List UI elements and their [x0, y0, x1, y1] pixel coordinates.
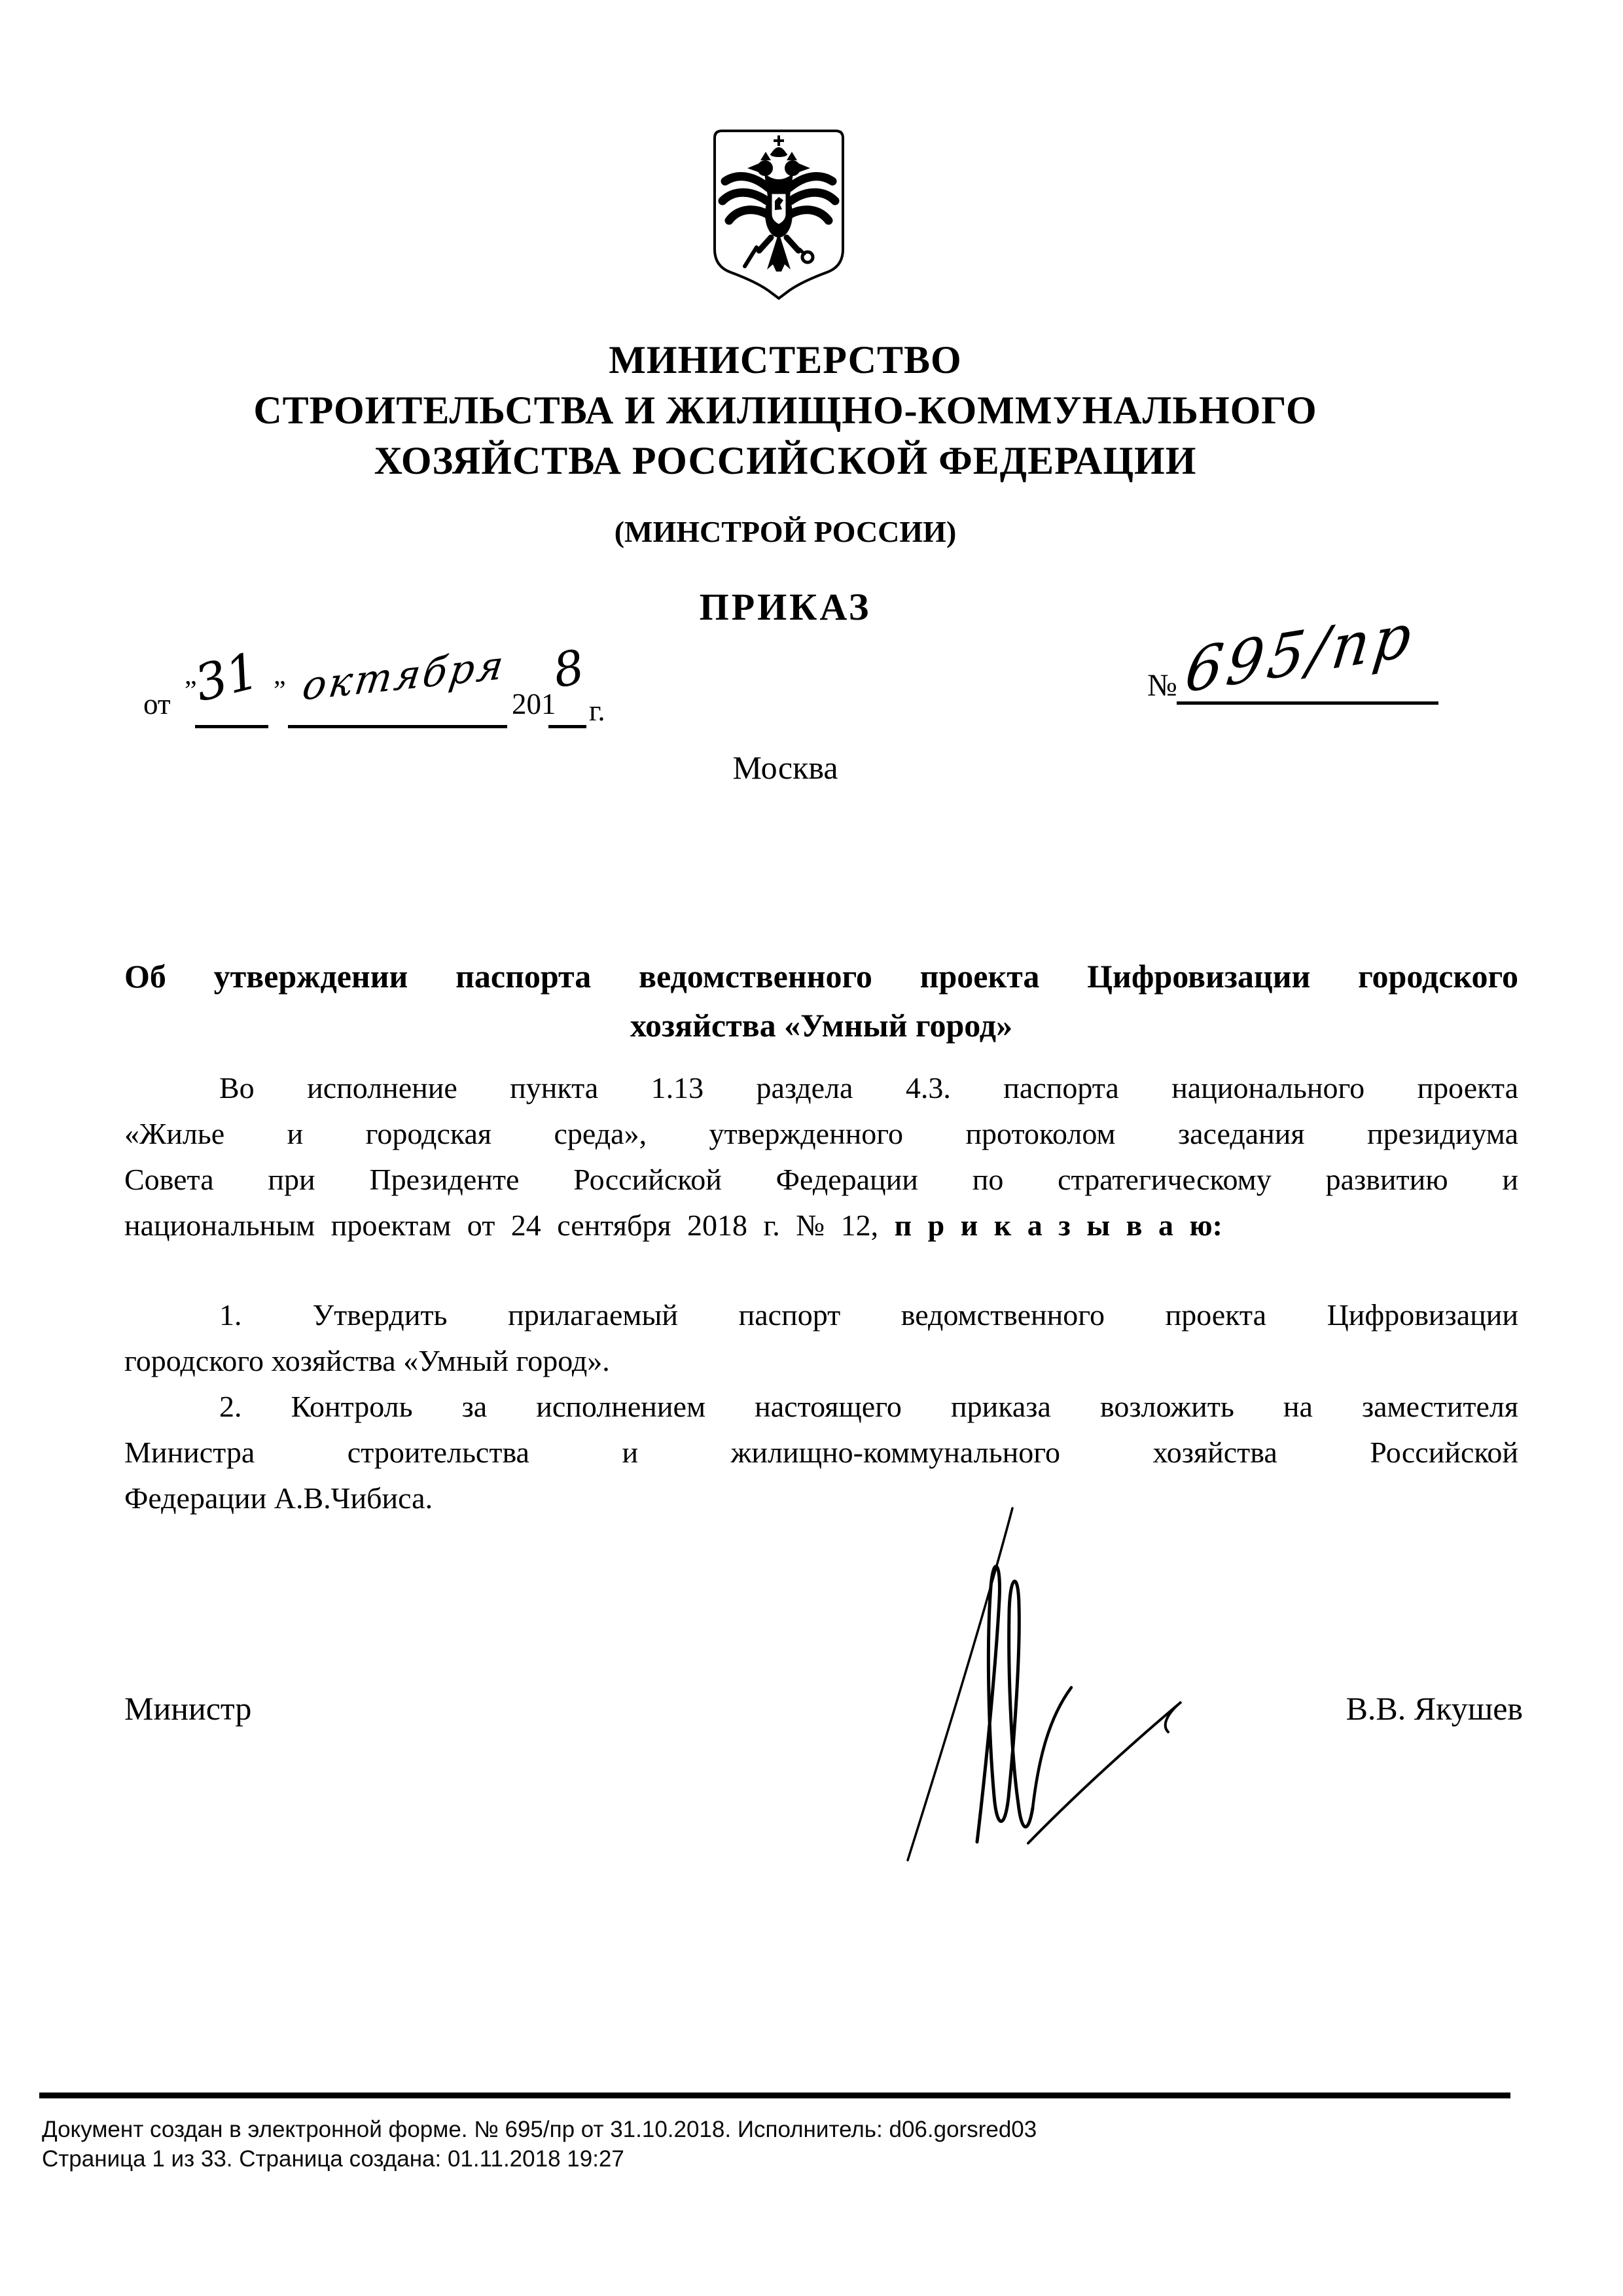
order-item-line: 2. Контроль за исполнением настоящего пр… — [124, 1384, 1518, 1430]
handwritten-month: октября — [300, 642, 509, 710]
city-name: Москва — [111, 749, 1459, 786]
order-preamble-line: «Жилье и городская среда», утвержденного… — [124, 1111, 1518, 1157]
ministry-name-line: ХОЗЯЙСТВА РОССИЙСКОЙ ФЕДЕРАЦИИ — [111, 436, 1459, 486]
order-preamble-tail: национальным проектам от 24 сентября 201… — [124, 1209, 895, 1242]
date-year-printed: 201 — [512, 687, 556, 721]
footer-page-line: Страница 1 из 33. Страница создана: 01.1… — [42, 2144, 1037, 2174]
date-day-blank — [195, 725, 268, 728]
order-title-line: хозяйства «Умный город» — [124, 1001, 1518, 1050]
footer-separator-line — [39, 2093, 1510, 2098]
order-decree-word: п р и к а з ы в а ю: — [895, 1209, 1222, 1242]
handwritten-day: 31 — [189, 641, 264, 713]
number-blank — [1177, 701, 1438, 705]
order-item-line: Министра строительства и жилищно-коммуна… — [124, 1430, 1518, 1475]
date-month-blank — [288, 725, 507, 728]
order-item-text: Утвердить прилагаемый паспорт ведомствен… — [313, 1298, 1519, 1332]
order-item-line: 1.Утвердить прилагаемый паспорт ведомств… — [124, 1292, 1518, 1338]
date-close-quote: ” — [274, 675, 286, 707]
order-item-number: 1. — [219, 1298, 242, 1332]
order-preamble-line: Во исполнение пункта 1.13 раздела 4.3. п… — [124, 1065, 1518, 1111]
order-item-line: Федерации А.В.Чибиса. — [124, 1475, 1518, 1521]
date-year-blank — [548, 725, 586, 728]
date-prefix: от — [143, 687, 171, 721]
order-preamble-line: национальным проектам от 24 сентября 201… — [124, 1203, 1518, 1248]
ministry-name: МИНИСТЕРСТВО СТРОИТЕЛЬСТВА И ЖИЛИЩНО-КОМ… — [111, 335, 1459, 486]
order-body: Во исполнение пункта 1.13 раздела 4.3. п… — [124, 1065, 1518, 1521]
footer-info-line: Документ создан в электронной форме. № 6… — [42, 2115, 1037, 2144]
footer: Документ создан в электронной форме. № 6… — [42, 2115, 1037, 2174]
emblem-eagle — [722, 135, 835, 272]
document-page: МИНИСТЕРСТВО СТРОИТЕЛЬСТВА И ЖИЛИЩНО-КОМ… — [0, 0, 1623, 2296]
order-title: Об утверждении паспорта ведомственного п… — [124, 952, 1518, 1050]
minister-post-label: Министр — [124, 1689, 251, 1727]
ministry-short-name: (МИНСТРОЙ РОССИИ) — [111, 514, 1459, 549]
ministry-name-line: СТРОИТЕЛЬСТВА И ЖИЛИЩНО-КОММУНАЛЬНОГО — [111, 385, 1459, 436]
order-title-line: Об утверждении паспорта ведомственного п… — [124, 952, 1518, 1001]
order-item-line: городского хозяйства «Умный город». — [124, 1338, 1518, 1384]
russia-coat-of-arms-emblem — [708, 128, 849, 301]
order-type-heading: ПРИКАЗ — [111, 585, 1459, 629]
ministry-name-line: МИНИСТЕРСТВО — [111, 335, 1459, 385]
date-year-suffix: г. — [589, 694, 605, 728]
order-preamble-line: Совета при Президенте Российской Федерац… — [124, 1157, 1518, 1203]
minister-name: В.В. Якушев — [1346, 1689, 1523, 1727]
minister-signature-autograph — [900, 1502, 1188, 1868]
number-prefix: № — [1147, 667, 1177, 703]
